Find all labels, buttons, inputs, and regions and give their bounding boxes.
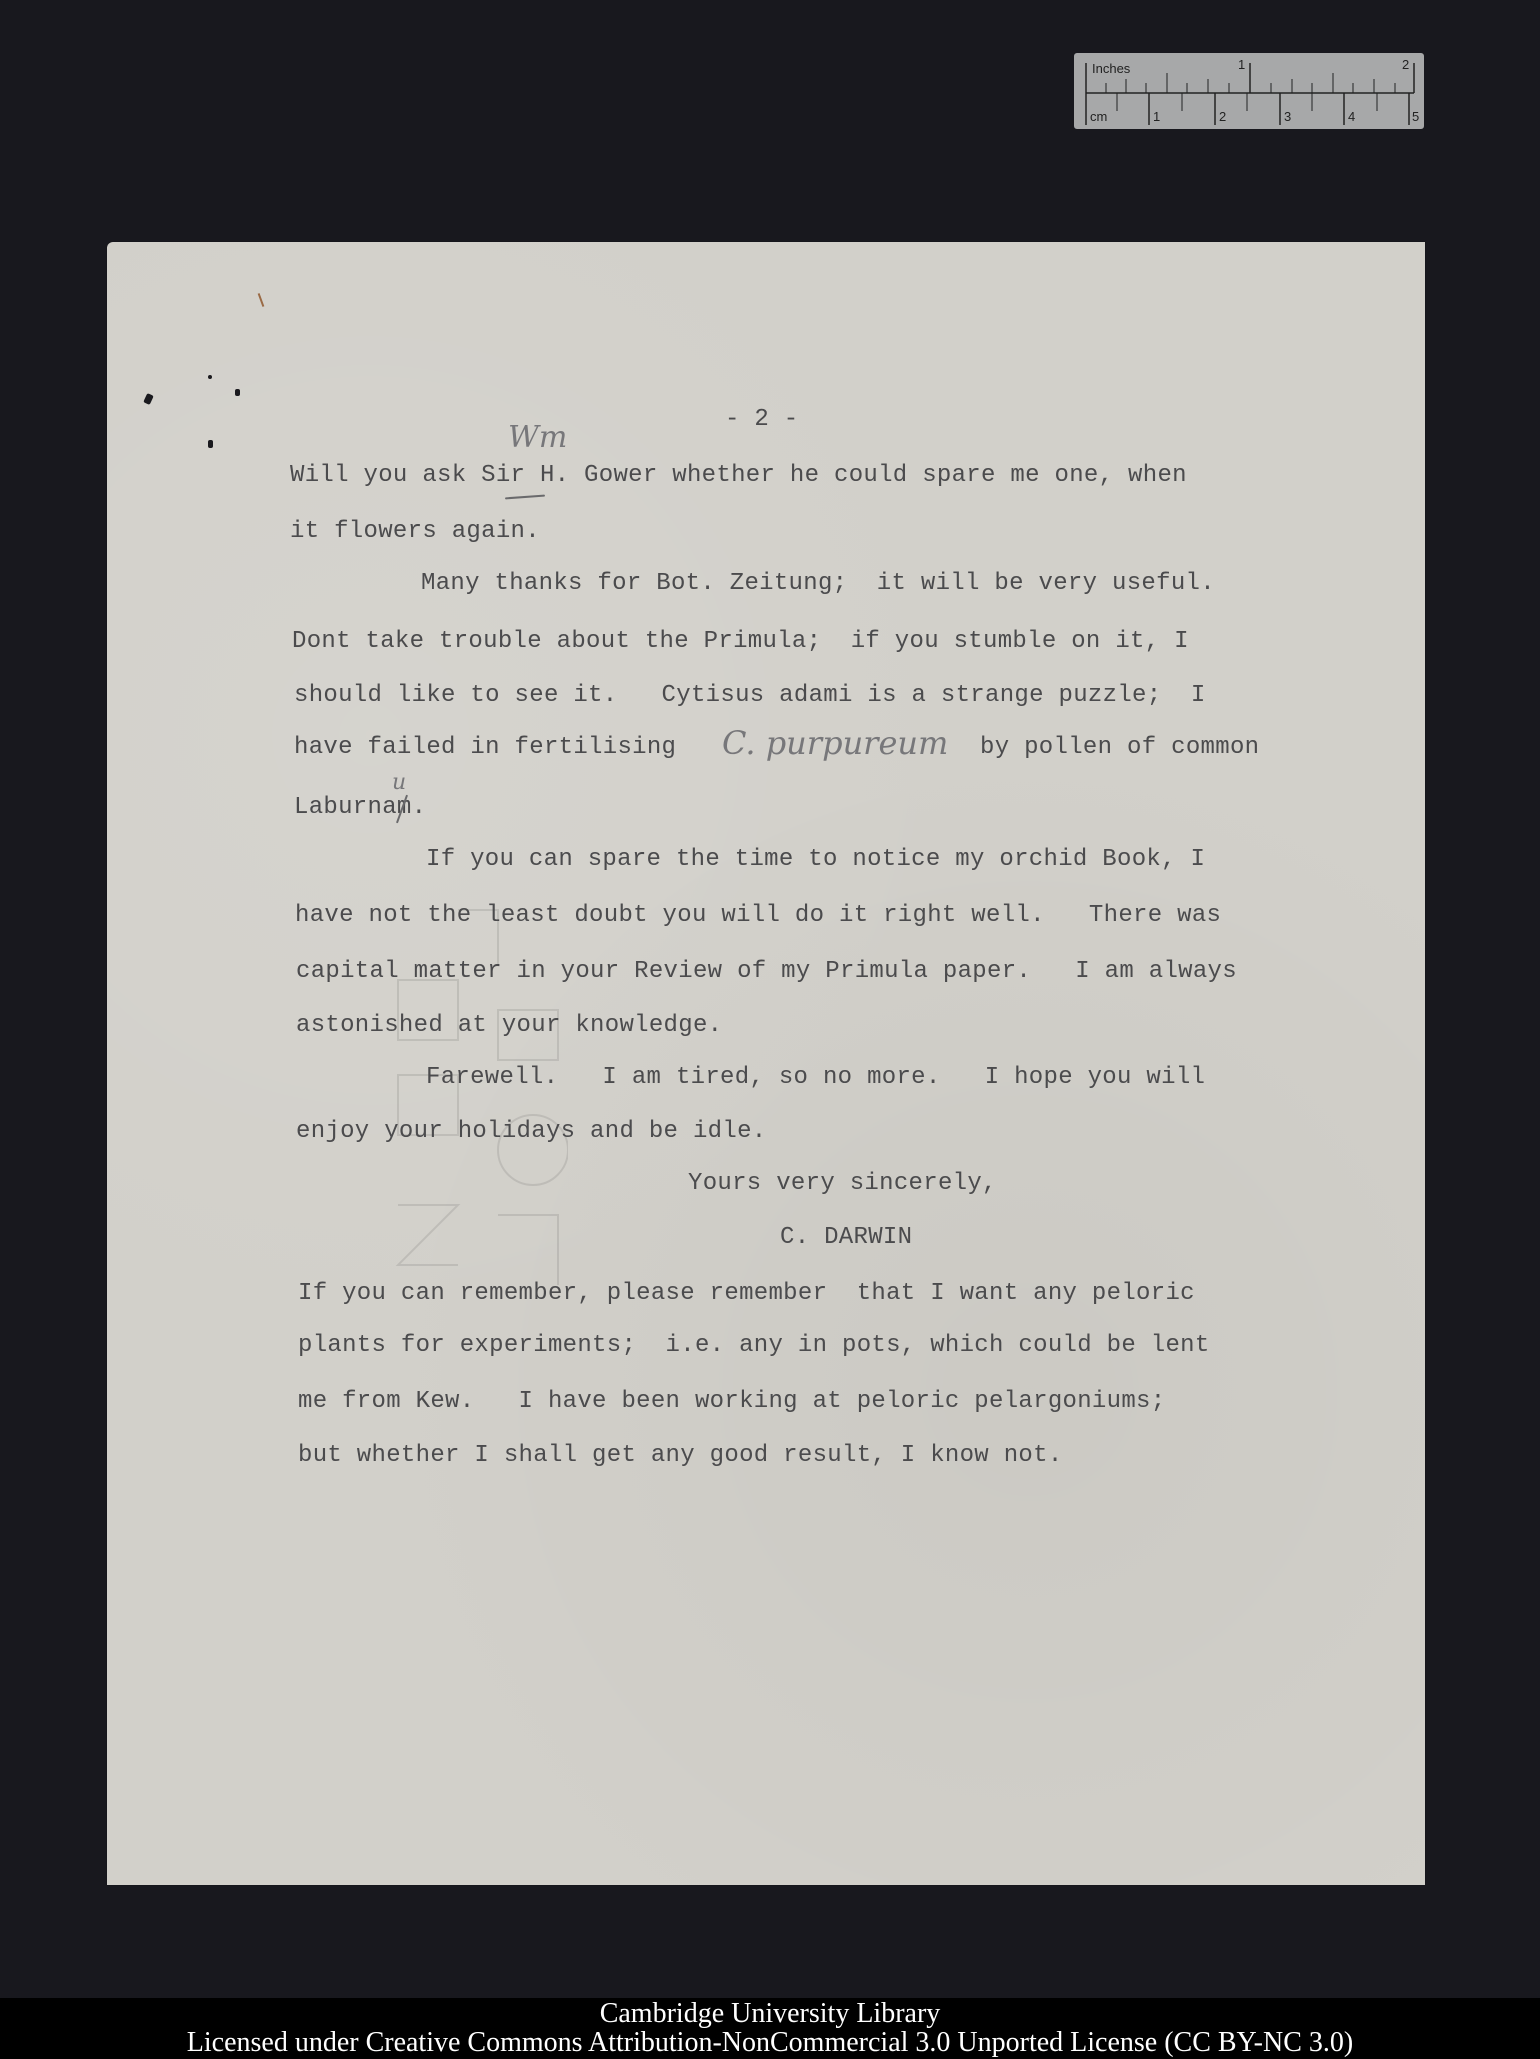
punch-hole-mark bbox=[208, 440, 213, 448]
letter-line: should like to see it. Cytisus adami is … bbox=[294, 684, 1206, 708]
letter-line: If you can spare the time to notice my o… bbox=[426, 848, 1205, 872]
ruler-cm-mark-5: 5 bbox=[1412, 109, 1419, 124]
letter-line: have failed in fertilising bbox=[294, 736, 676, 760]
letter-line: capital matter in your Review of my Prim… bbox=[296, 960, 1237, 984]
postscript-line: plants for experiments; i.e. any in pots… bbox=[298, 1334, 1210, 1358]
ruler-cm-mark-4: 4 bbox=[1348, 109, 1355, 124]
letter-line: Many thanks for Bot. Zeitung; it will be… bbox=[421, 572, 1215, 596]
handwritten-correction-laburnum: u bbox=[392, 770, 406, 795]
punch-hole-mark bbox=[235, 389, 240, 396]
license-text: Licensed under Creative Commons Attribut… bbox=[0, 2028, 1540, 2058]
letter-line: enjoy your holidays and be idle. bbox=[296, 1120, 766, 1144]
ruler-inch-mark-1: 1 bbox=[1238, 57, 1245, 72]
letter-closing: Yours very sincerely, bbox=[688, 1172, 997, 1196]
institution-credit: Cambridge University Library bbox=[0, 1998, 1540, 2028]
letter-line: Will you ask Sir H. Gower whether he cou… bbox=[290, 464, 1187, 488]
ruler-cm-mark-2: 2 bbox=[1219, 109, 1226, 124]
postscript-line: If you can remember, please remember tha… bbox=[298, 1282, 1195, 1306]
ruler-cm-mark-1: 1 bbox=[1153, 109, 1160, 124]
handwritten-annotation-above-sir: Wm bbox=[508, 420, 567, 455]
letter-line: Dont take trouble about the Primula; if … bbox=[292, 630, 1189, 654]
letter-signature: C. DARWIN bbox=[780, 1226, 912, 1250]
postscript-line: me from Kew. I have been working at pelo… bbox=[298, 1390, 1165, 1414]
handwritten-insertion-species: C. purpureum bbox=[722, 724, 948, 762]
postscript-line: but whether I shall get any good result,… bbox=[298, 1444, 1063, 1468]
ruler-inches-label: Inches bbox=[1092, 61, 1130, 76]
punch-hole-mark bbox=[208, 375, 212, 379]
ruler-cm-label: cm bbox=[1090, 109, 1107, 124]
letter-line: Farewell. I am tired, so no more. I hope… bbox=[426, 1066, 1205, 1090]
letter-line: it flowers again. bbox=[290, 520, 540, 544]
letter-line: have not the least doubt you will do it … bbox=[295, 904, 1221, 928]
license-footer: Cambridge University Library Licensed un… bbox=[0, 1998, 1540, 2059]
scale-ruler: Inches 1 2 cm 1 2 3 4 5 bbox=[1074, 53, 1424, 129]
letter-line: by pollen of common bbox=[980, 736, 1259, 760]
ruler-inch-mark-2: 2 bbox=[1402, 57, 1409, 72]
ruler-cm-mark-3: 3 bbox=[1284, 109, 1291, 124]
page-number: - 2 - bbox=[725, 408, 799, 432]
letter-line: astonished at your knowledge. bbox=[296, 1014, 722, 1038]
